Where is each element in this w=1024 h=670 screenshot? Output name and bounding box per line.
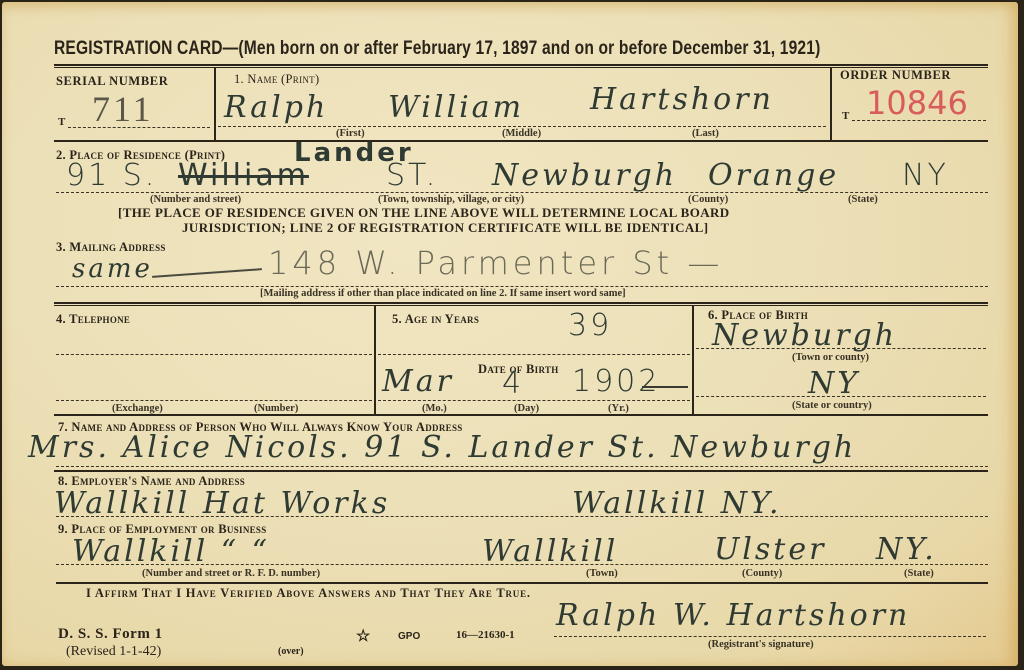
birthplace-state-caption: (State or country) bbox=[792, 400, 872, 411]
order-divider bbox=[830, 68, 832, 140]
birthplace-town-line bbox=[696, 348, 986, 349]
residence-town: Newburgh bbox=[492, 158, 677, 193]
month-caption: (Mo.) bbox=[422, 403, 447, 414]
name-last: Hartshorn bbox=[590, 82, 774, 117]
telephone-line-2 bbox=[56, 400, 372, 401]
serial-divider bbox=[214, 68, 216, 140]
dob-day: 4 bbox=[502, 366, 524, 401]
year-caption: (Yr.) bbox=[608, 403, 629, 414]
town-caption: (Town, township, village, or city) bbox=[378, 194, 524, 205]
dob-year-stroke bbox=[642, 386, 688, 388]
row456-rule bbox=[54, 414, 988, 416]
employment-town-caption: (Town) bbox=[586, 568, 618, 579]
serial-number-value: 711 bbox=[92, 88, 154, 130]
row3-rule-2 bbox=[54, 305, 988, 306]
order-number-label: ORDER NUMBER bbox=[840, 68, 951, 83]
age-value: 39 bbox=[568, 308, 612, 343]
affirmation-text: I Affirm That I Have Verified Above Answ… bbox=[86, 586, 531, 601]
contact-value: Mrs. Alice Nicols. 91 S. Lander St. Newb… bbox=[28, 430, 856, 465]
row3-rule bbox=[54, 302, 988, 304]
order-prefix: T bbox=[842, 110, 850, 122]
residence-number: 91 S. bbox=[66, 158, 157, 193]
last-caption: (Last) bbox=[692, 128, 719, 139]
serial-number-label: SERIAL NUMBER bbox=[56, 74, 168, 89]
mailing-caption: [Mailing address if other than place ind… bbox=[260, 288, 626, 299]
employment-county-caption: (County) bbox=[742, 568, 782, 579]
title-rule bbox=[54, 64, 988, 66]
row9-rule bbox=[56, 582, 988, 584]
name-middle: William bbox=[388, 90, 524, 125]
age-label: 5. Age in Years bbox=[392, 312, 479, 327]
mailing-address-added: 148 W. Parmenter St — bbox=[268, 244, 723, 282]
mailing-dash-stroke bbox=[152, 268, 262, 278]
employment-county: Ulster bbox=[714, 532, 826, 567]
card-title: REGISTRATION CARD—(Men born on or after … bbox=[54, 38, 820, 60]
signature-caption: (Registrant's signature) bbox=[708, 639, 814, 650]
form-gpo: GPO bbox=[398, 631, 420, 642]
residence-notice-line1: [THE PLACE OF RESIDENCE GIVEN ON THE LIN… bbox=[118, 205, 730, 221]
signature-line bbox=[554, 636, 986, 637]
telephone-label: 4. Telephone bbox=[56, 312, 130, 327]
telephone-line-1 bbox=[56, 354, 372, 355]
residence-street-struck: William bbox=[178, 158, 309, 193]
registration-card: REGISTRATION CARD—(Men born on or after … bbox=[2, 2, 1018, 666]
row1-rule bbox=[54, 140, 988, 142]
residence-street-suffix: ST. bbox=[386, 158, 438, 193]
mailing-line bbox=[56, 286, 988, 287]
residence-line bbox=[56, 192, 988, 193]
middle-caption: (Middle) bbox=[502, 128, 541, 139]
star-icon: ☆ bbox=[356, 626, 370, 646]
form-revised: (Revised 1-1-42) bbox=[66, 644, 161, 660]
contact-line bbox=[56, 466, 988, 467]
county-caption: (County) bbox=[688, 194, 728, 205]
age-divider bbox=[692, 306, 694, 414]
employer-line bbox=[56, 516, 988, 517]
name-line bbox=[218, 126, 826, 127]
day-caption: (Day) bbox=[514, 403, 539, 414]
street-caption: (Number and street) bbox=[150, 194, 241, 205]
form-code: 16—21630-1 bbox=[456, 629, 515, 641]
name-label: 1. Name (Print) bbox=[234, 72, 319, 87]
mailing-address-value: same bbox=[72, 254, 153, 284]
employment-state: NY. bbox=[876, 532, 937, 567]
row7-rule bbox=[54, 470, 988, 472]
mailing-address-label: 3. Mailing Address bbox=[56, 240, 166, 255]
order-number-value: 10846 bbox=[866, 84, 968, 122]
form-name: D. S. S. Form 1 bbox=[58, 626, 163, 643]
state-caption: (State) bbox=[848, 194, 878, 205]
birthplace-state-line bbox=[696, 396, 986, 397]
number-caption: (Number) bbox=[254, 403, 298, 414]
exchange-caption: (Exchange) bbox=[112, 403, 163, 414]
residence-notice-line2: JURISDICTION; LINE 2 OF REGISTRATION CER… bbox=[182, 220, 708, 236]
age-line bbox=[378, 354, 690, 355]
registrant-signature: Ralph W. Hartshorn bbox=[556, 598, 910, 633]
employment-street-caption: (Number and street or R. F. D. number) bbox=[142, 568, 320, 579]
form-over: (over) bbox=[278, 646, 304, 657]
name-first: Ralph bbox=[224, 90, 328, 125]
serial-prefix: T bbox=[58, 116, 66, 128]
dob-month: Mar bbox=[382, 364, 454, 399]
employment-state-caption: (State) bbox=[904, 568, 934, 579]
dob-line bbox=[378, 400, 690, 401]
residence-county: Orange bbox=[708, 158, 839, 193]
residence-state: NY bbox=[902, 158, 949, 193]
dob-year: 1902 bbox=[572, 364, 660, 399]
birthplace-town-caption: (Town or county) bbox=[792, 352, 869, 363]
telephone-divider bbox=[374, 306, 376, 414]
employment-line bbox=[56, 564, 988, 565]
